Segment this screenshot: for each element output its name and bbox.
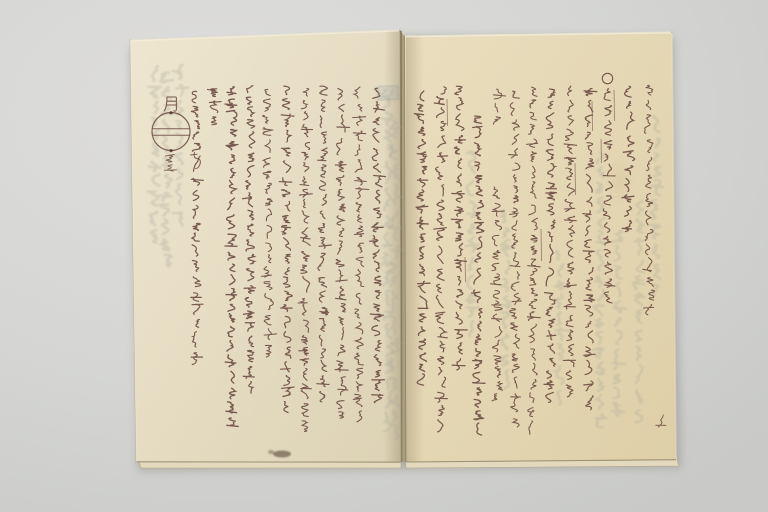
ink-smudge [273, 451, 291, 458]
ink-smudge [268, 450, 274, 454]
emphasis-rule [601, 139, 602, 163]
photograph-background: (illegible cursive)(illegible cursive)(i… [0, 0, 768, 512]
emphasis-rule [575, 163, 576, 195]
paper-discoloration [605, 154, 636, 207]
emphasis-rule [447, 99, 448, 126]
emphasis-rule [465, 257, 466, 282]
left-page [130, 30, 401, 462]
gutter-line-left [401, 31, 402, 462]
faint-stamp [378, 86, 399, 100]
emphasis-rule [592, 101, 593, 131]
ink-dot [532, 410, 535, 413]
right-page [404, 32, 676, 462]
manuscript-book-spread: (illegible cursive)(illegible cursive)(i… [0, 0, 768, 512]
emphasis-rule [614, 90, 615, 121]
emphasis-rule [541, 229, 542, 261]
